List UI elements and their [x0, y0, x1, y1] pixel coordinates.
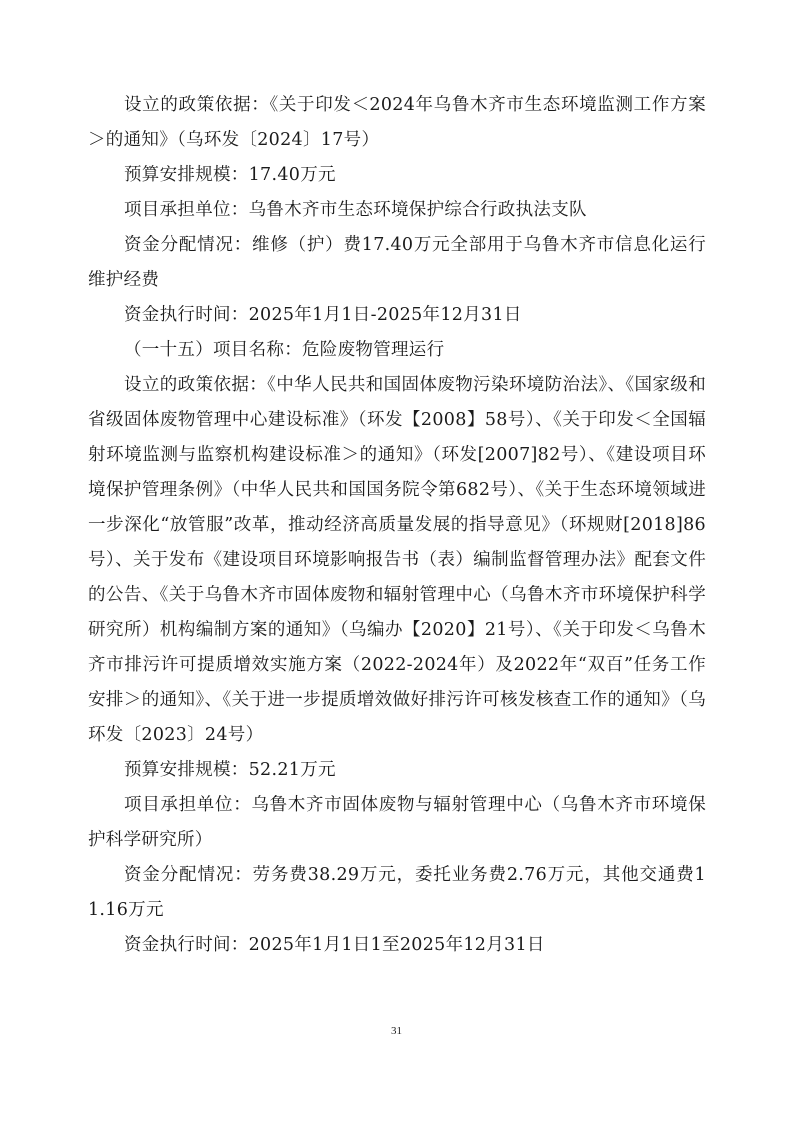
- responsible-unit-paragraph-1: 项目承担单位：乌鲁木齐市生态环境保护综合行政执法支队: [88, 193, 706, 228]
- policy-basis-paragraph-1: 设立的政策依据：《关于印发＜2024年乌鲁木齐市生态环境监测工作方案＞的通知》（…: [88, 88, 706, 158]
- execution-time-paragraph-1: 资金执行时间：2025年1月1日-2025年12月31日: [88, 298, 706, 333]
- project-heading-15: （一十五）项目名称：危险废物管理运行: [88, 333, 706, 368]
- budget-scale-paragraph-1: 预算安排规模：17.40万元: [88, 158, 706, 193]
- execution-time-paragraph-2: 资金执行时间：2025年1月1日1至2025年12月31日: [88, 928, 706, 963]
- budget-scale-paragraph-2: 预算安排规模：52.21万元: [88, 753, 706, 788]
- policy-basis-paragraph-2: 设立的政策依据：《中华人民共和国固体废物污染环境防治法》、《国家级和省级固体废物…: [88, 368, 706, 753]
- responsible-unit-paragraph-2: 项目承担单位：乌鲁木齐市固体废物与辐射管理中心（乌鲁木齐市环境保护科学研究所）: [88, 788, 706, 858]
- fund-allocation-paragraph-2: 资金分配情况：劳务费38.29万元，委托业务费2.76万元，其他交通费11.16…: [88, 858, 706, 928]
- fund-allocation-paragraph-1: 资金分配情况：维修（护）费17.40万元全部用于乌鲁木齐市信息化运行维护经费: [88, 228, 706, 298]
- page-number: 31: [0, 1025, 793, 1037]
- document-body: 设立的政策依据：《关于印发＜2024年乌鲁木齐市生态环境监测工作方案＞的通知》（…: [88, 88, 706, 963]
